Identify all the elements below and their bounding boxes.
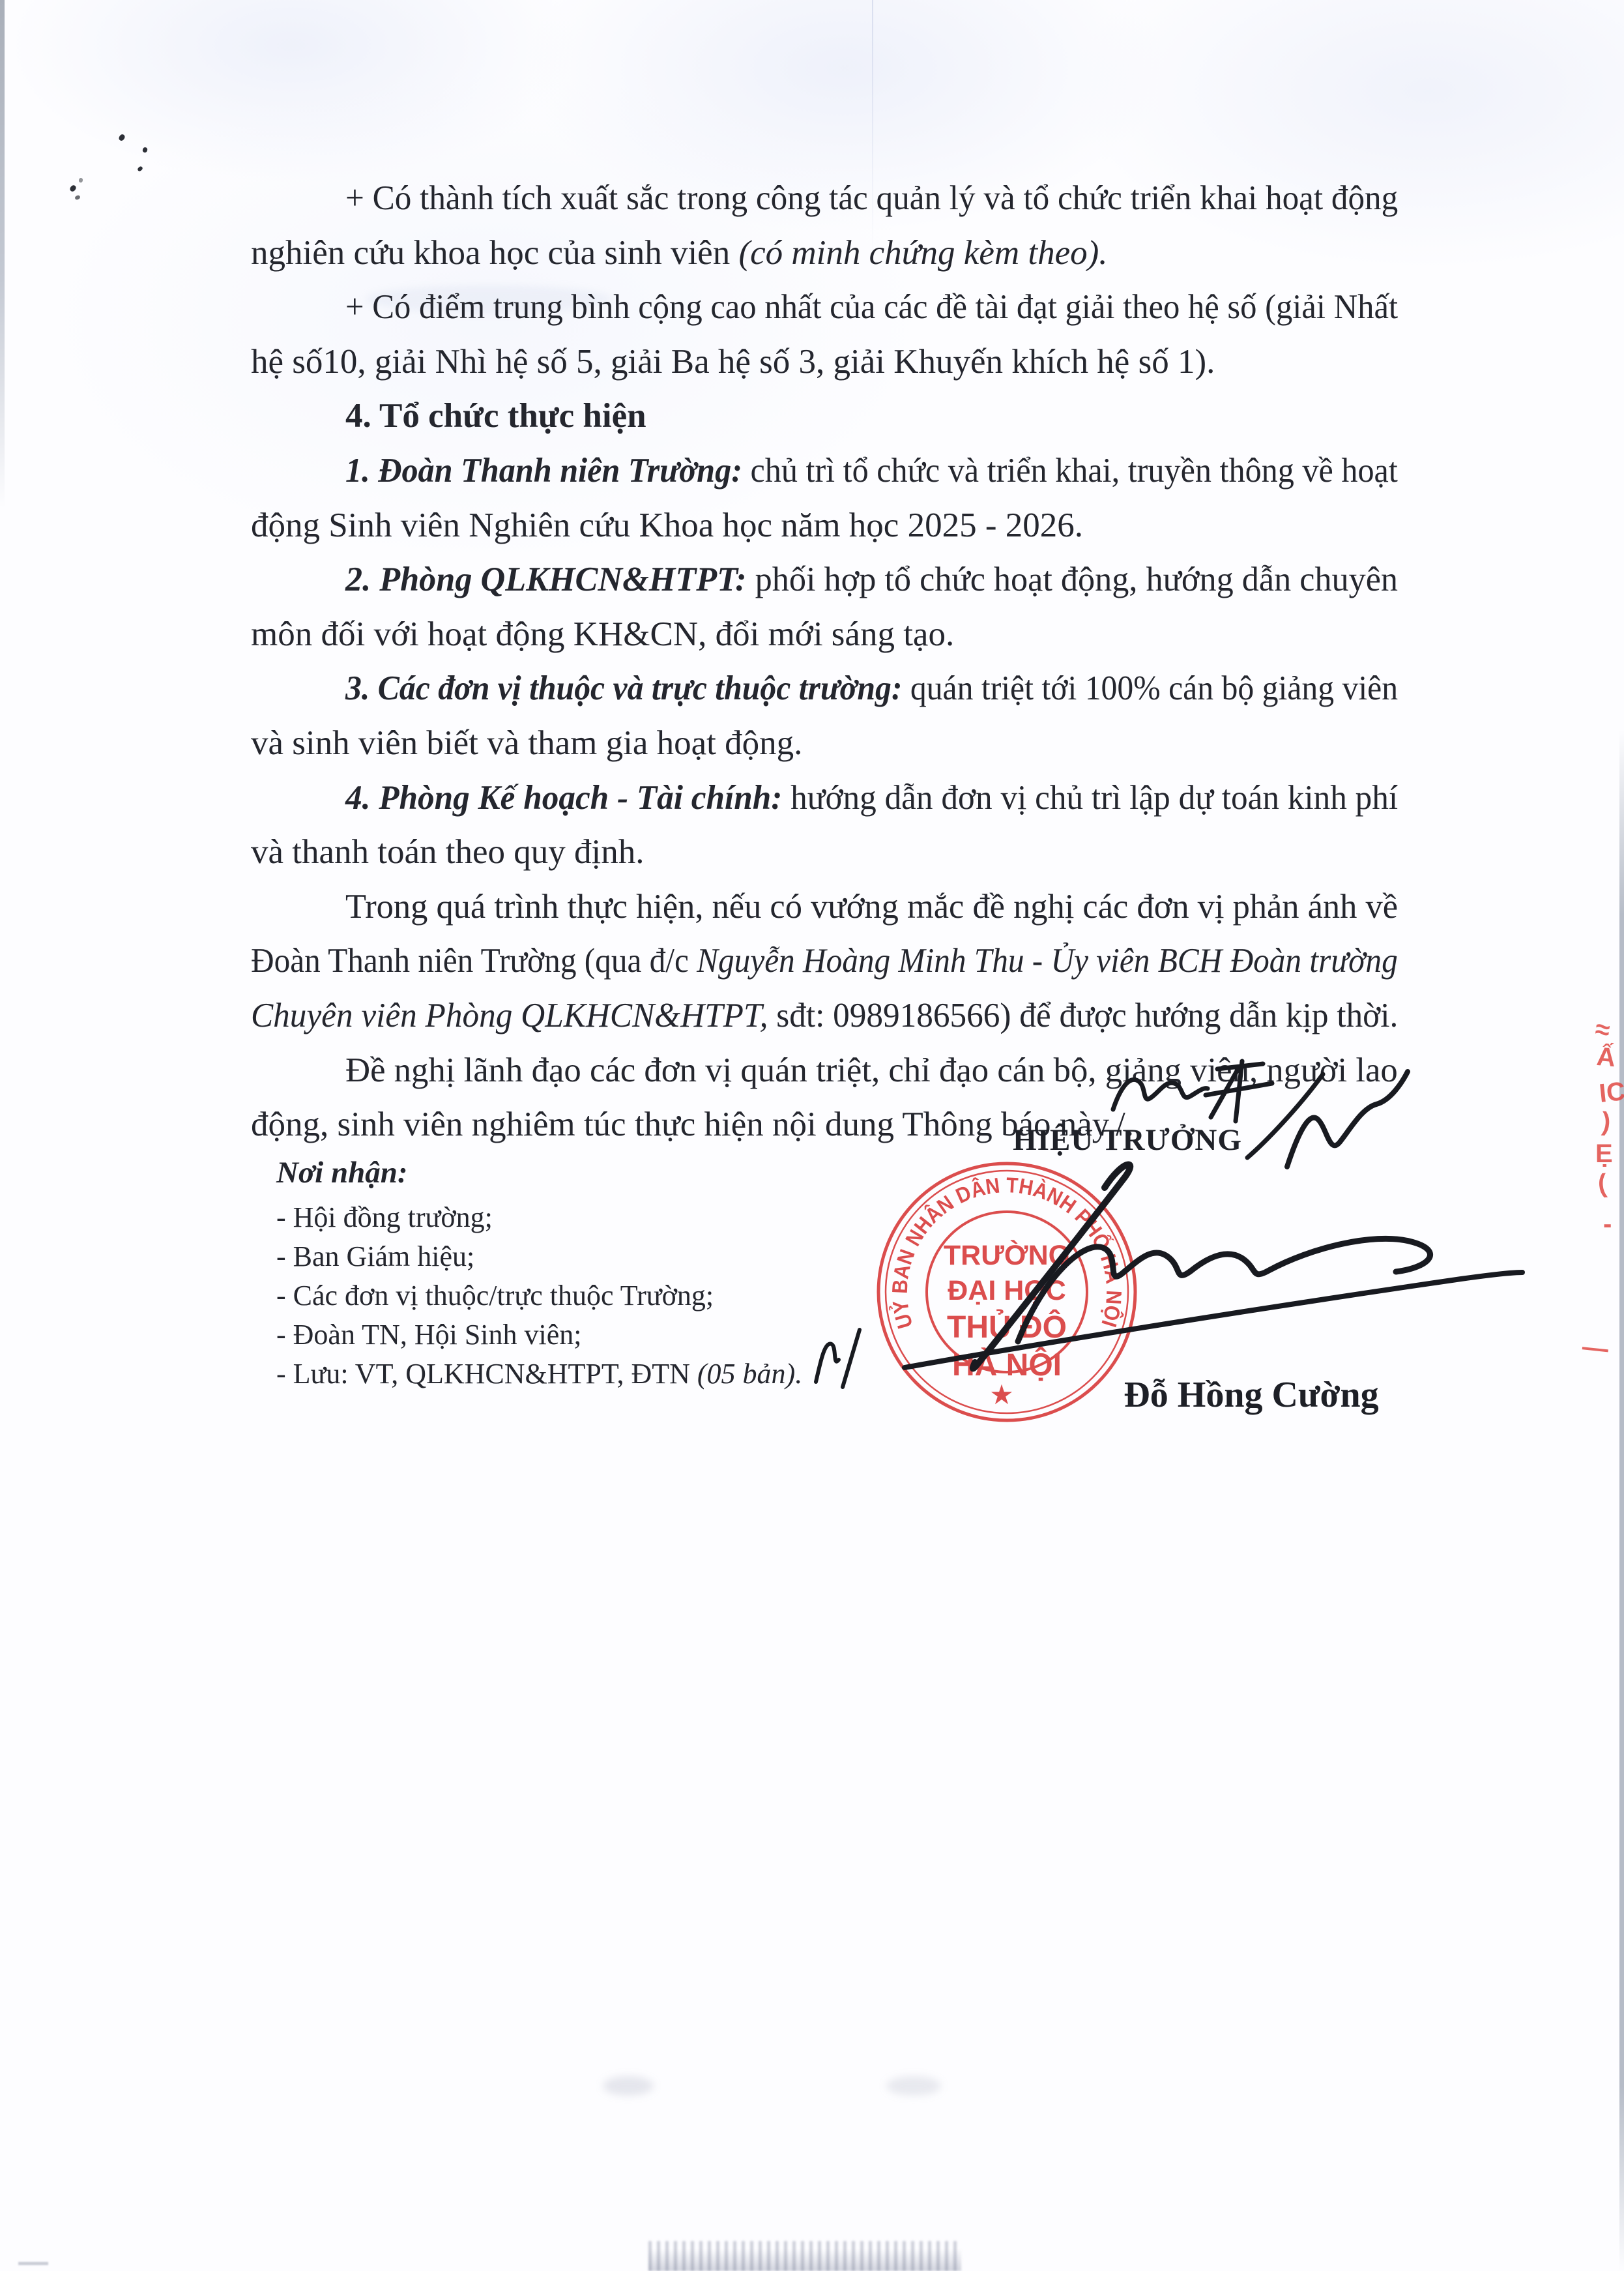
scan-smudge xyxy=(603,2076,654,2096)
text-line: động Sinh viên Nghiên cứu Khoa học năm h… xyxy=(251,498,1398,553)
text-line: và sinh viên biết và tham gia hoạt động. xyxy=(251,716,1398,770)
text-segment: Đoàn Thanh niên Trường (qua đ/c xyxy=(251,942,697,980)
text-segment: Đề nghị lãnh đạo các đơn vị quán triệt, … xyxy=(345,1051,1398,1089)
text-segment: quán triệt tới 100% cán bộ giảng viên xyxy=(902,669,1398,707)
text-segment: sđt: 0989186566) để được hướng dẫn kịp t… xyxy=(768,997,1398,1034)
stamp-center-line-2: ĐẠI HỌC xyxy=(948,1275,1066,1306)
text-segment: 4. Phòng Kế hoạch - Tài chính: xyxy=(345,779,782,817)
pencil-speck xyxy=(78,178,83,183)
scan-smudge xyxy=(886,2076,941,2096)
stamp-bleed-fragment: IC xyxy=(1598,1077,1624,1109)
scanned-document-page: + Có thành tích xuất sắc trong công tác … xyxy=(0,0,1624,2271)
recipient-item: - Đoàn TN, Hội Sinh viên; xyxy=(276,1318,582,1351)
text-segment: động Sinh viên Nghiên cứu Khoa học năm h… xyxy=(251,506,1083,544)
text-segment: phối hợp tổ chức hoạt động, hướng dẫn ch… xyxy=(747,561,1398,598)
recipient-item: - Lưu: VT, QLKHCN&HTPT, ĐTN (05 bản). xyxy=(276,1357,802,1390)
stamp-center-line-1: TRƯỜNG xyxy=(944,1239,1070,1271)
pencil-speck xyxy=(142,147,148,153)
stamp-bleed-fragment: Ấ xyxy=(1595,1042,1617,1073)
text-segment: - Lưu: VT, QLKHCN&HTPT, ĐTN xyxy=(276,1358,697,1390)
text-segment: (05 bản). xyxy=(697,1358,802,1390)
text-segment: - Hội đồng trường; xyxy=(276,1201,493,1233)
text-line: 3. Các đơn vị thuộc và trực thuộc trường… xyxy=(345,661,1398,716)
text-line: nghiên cứu khoa học của sinh viên (có mi… xyxy=(251,226,1398,280)
stamp-center-line-3: THỦ ĐÔ xyxy=(947,1309,1067,1345)
text-line: + Có điểm trung bình cộng cao nhất của c… xyxy=(345,280,1398,334)
stamp-bleed-fragment: — xyxy=(1581,1332,1610,1364)
text-line: Đoàn Thanh niên Trường (qua đ/c Nguyễn H… xyxy=(251,933,1398,988)
text-segment: chủ trì tổ chức và triển khai, truyền th… xyxy=(742,452,1398,490)
stamp-center-line-4: HÀ NỘI xyxy=(952,1347,1062,1383)
text-segment: nghiên cứu khoa học của sinh viên xyxy=(251,234,738,272)
text-segment: và sinh viên biết và tham gia hoạt động. xyxy=(251,724,802,762)
stamp-bleed-fragment: ( xyxy=(1597,1169,1608,1199)
pencil-speck xyxy=(69,184,78,193)
text-line: Đề nghị lãnh đạo các đơn vị quán triệt, … xyxy=(345,1043,1398,1098)
text-line: 4. Tổ chức thực hiện xyxy=(345,388,1398,443)
text-segment: môn đối với hoạt động KH&CN, đổi mới sán… xyxy=(251,615,954,653)
official-red-stamp: UỶ BAN NHÂN DÂN THÀNH PHỐ HÀ NỘI TRƯỜNG … xyxy=(837,1122,1176,1461)
recipient-item: - Ban Giám hiệu; xyxy=(276,1240,474,1273)
text-line: + Có thành tích xuất sắc trong công tác … xyxy=(345,171,1398,226)
text-segment: + Có thành tích xuất sắc trong công tác … xyxy=(345,179,1398,217)
text-line: 1. Đoàn Thanh niên Trường: chủ trì tổ ch… xyxy=(345,443,1398,498)
text-line: 4. Phòng Kế hoạch - Tài chính: hướng dẫn… xyxy=(345,770,1398,825)
stamp-star-icon: ★ xyxy=(989,1379,1014,1410)
text-line: Trong quá trình thực hiện, nếu có vướng … xyxy=(345,879,1398,934)
scan-edge-left xyxy=(0,0,5,508)
text-line: môn đối với hoạt động KH&CN, đổi mới sán… xyxy=(251,607,1398,662)
scan-bottom-smudge xyxy=(648,2241,961,2271)
text-segment: (có minh chứng kèm theo). xyxy=(738,234,1107,272)
recipient-item: - Các đơn vị thuộc/trực thuộc Trường; xyxy=(276,1279,714,1312)
text-segment: - Đoàn TN, Hội Sinh viên; xyxy=(276,1319,582,1351)
pencil-speck xyxy=(137,166,143,172)
text-segment: - Các đơn vị thuộc/trực thuộc Trường; xyxy=(276,1280,714,1311)
text-segment: 4. Tổ chức thực hiện xyxy=(345,397,646,435)
stamp-bleed-fragment: ≈ xyxy=(1593,1015,1612,1046)
text-segment: 3. Các đơn vị thuộc và trực thuộc trường… xyxy=(345,669,902,707)
text-segment: hệ số10, giải Nhì hệ số 5, giải Ba hệ số… xyxy=(251,343,1215,381)
text-line: và thanh toán theo quy định. xyxy=(251,825,1398,879)
text-segment: Nguyễn Hoàng Minh Thu - Ủy viên BCH Đoàn… xyxy=(697,942,1398,980)
text-segment: Chuyên viên Phòng QLKHCN&HTPT, xyxy=(251,997,768,1034)
scan-corner-tick xyxy=(18,2262,48,2265)
text-segment: + Có điểm trung bình cộng cao nhất của c… xyxy=(345,288,1398,326)
recipients-label: Nơi nhận: xyxy=(276,1155,408,1190)
scan-edge-right xyxy=(1619,730,1624,2271)
text-segment: hướng dẫn đơn vị chủ trì lập dự toán kin… xyxy=(782,779,1398,817)
stamp-bleed-fragment: - xyxy=(1603,1210,1612,1239)
text-segment: 1. Đoàn Thanh niên Trường: xyxy=(345,452,742,490)
text-segment: - Ban Giám hiệu; xyxy=(276,1240,474,1272)
pencil-speck xyxy=(74,195,81,201)
recipient-item: - Hội đồng trường; xyxy=(276,1201,493,1234)
stamp-bleed-fragment: ) xyxy=(1601,1107,1611,1137)
text-line: 2. Phòng QLKHCN&HTPT: phối hợp tổ chức h… xyxy=(345,552,1398,607)
text-segment: 2. Phòng QLKHCN&HTPT: xyxy=(345,561,747,598)
text-segment: và thanh toán theo quy định. xyxy=(251,833,645,871)
text-line: Chuyên viên Phòng QLKHCN&HTPT, sđt: 0989… xyxy=(251,988,1398,1043)
text-line: hệ số10, giải Nhì hệ số 5, giải Ba hệ số… xyxy=(251,334,1398,389)
text-segment: Trong quá trình thực hiện, nếu có vướng … xyxy=(345,888,1398,926)
pencil-speck xyxy=(118,134,126,142)
stamp-bleed-fragment: Ẹ xyxy=(1595,1139,1613,1169)
